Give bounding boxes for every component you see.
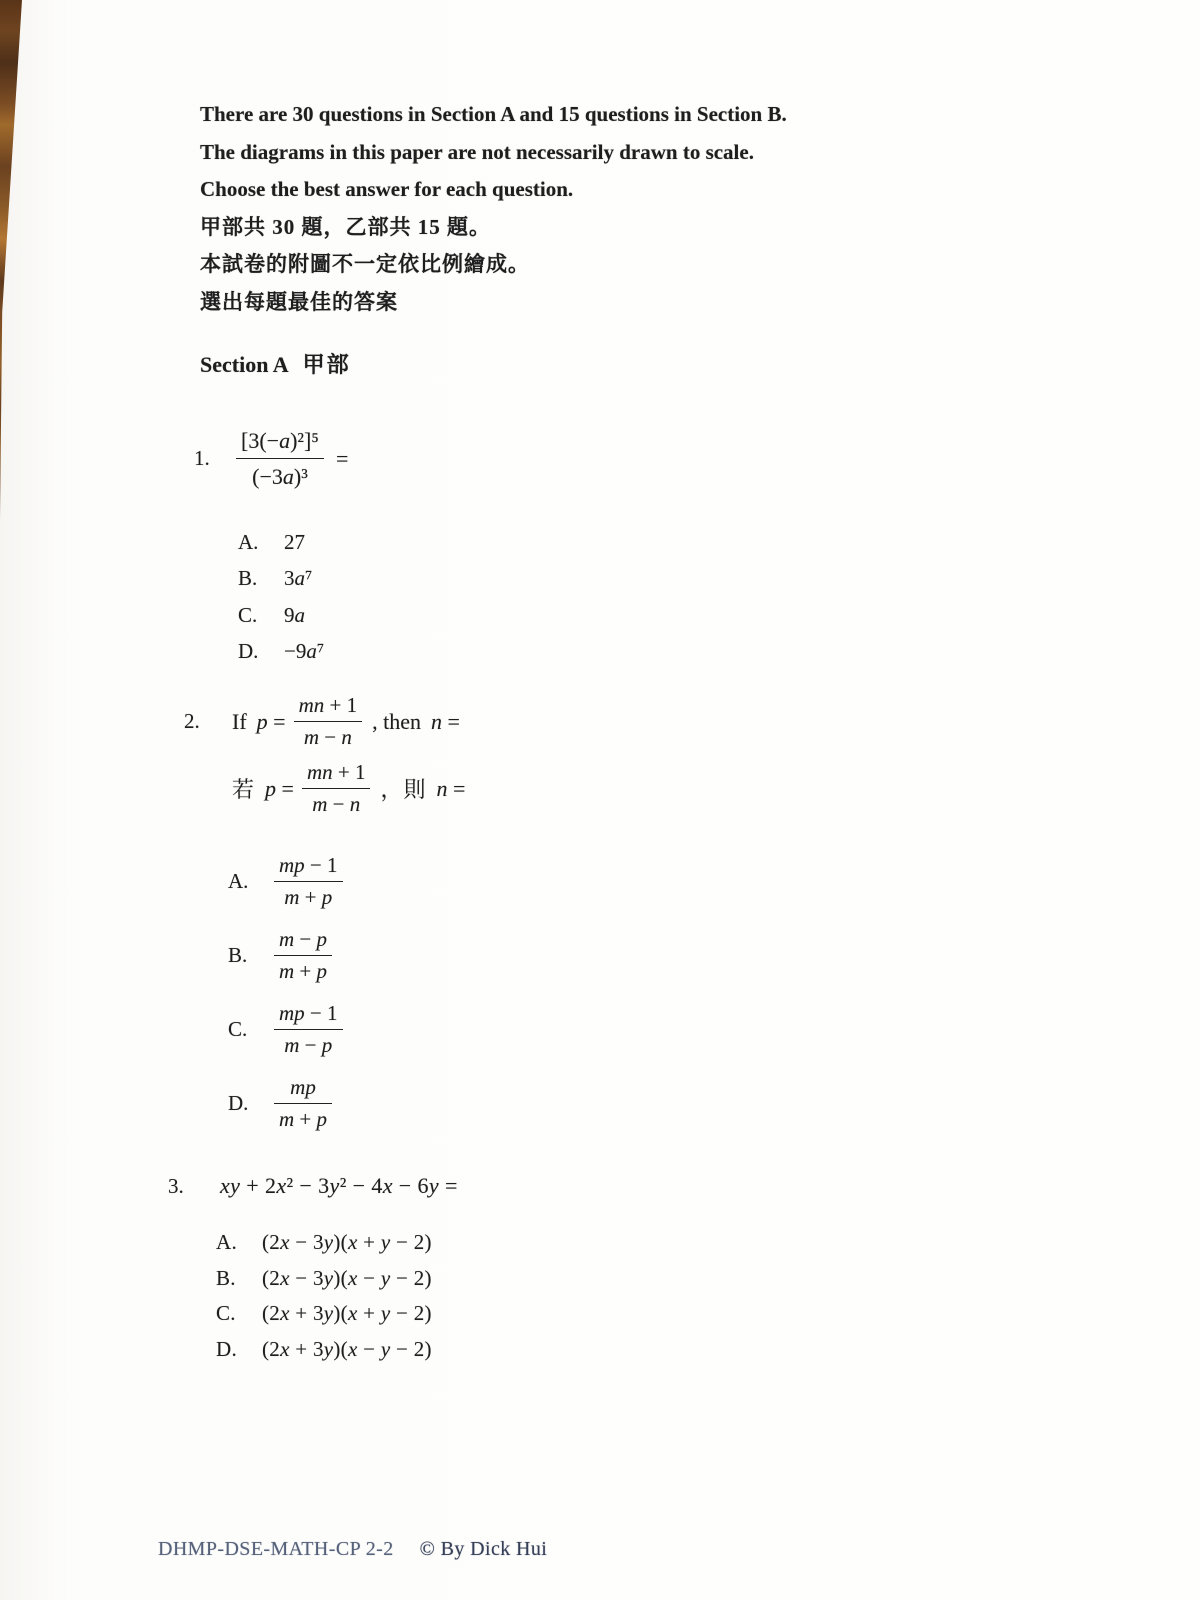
option-row: B. 3a⁷ xyxy=(238,561,1200,598)
instruction-zh-2: 本試卷的附圖不一定依比例繪成。 xyxy=(200,246,1200,284)
stem-lead-math: p = xyxy=(265,776,294,802)
fraction-denominator: m + p xyxy=(274,956,332,985)
option-value: (2x + 3y)(x − y − 2) xyxy=(262,1337,432,1362)
instruction-en-2: The diagrams in this paper are not neces… xyxy=(200,134,1200,172)
question-1-number: 1. xyxy=(194,446,236,471)
stem-lead-math: p = xyxy=(257,709,286,735)
option-value: 3a⁷ xyxy=(284,566,312,591)
fraction-denominator: m − p xyxy=(274,1030,343,1059)
paper-code: DHMP-DSE-MATH-CP 2-2 xyxy=(158,1538,394,1560)
option-label: A. xyxy=(238,530,284,555)
option-fraction: m − p m + p xyxy=(274,926,332,985)
instruction-zh-1: 甲部共 30 題，乙部共 15 題。 xyxy=(200,209,1200,247)
question-2-stem-english: 2. If p = mn + 1 m − n , then n = xyxy=(184,692,1200,751)
stem-suffix: , then xyxy=(372,709,421,735)
option-label: C. xyxy=(216,1301,262,1326)
option-label: A. xyxy=(228,869,274,894)
question-3-expression: xy + 2x² − 3y² − 4x − 6y = xyxy=(220,1173,458,1199)
option-row: C. mp − 1 m − p xyxy=(228,1000,1200,1059)
option-row: B. m − p m + p xyxy=(228,926,1200,985)
fraction-numerator: mp − 1 xyxy=(274,852,343,882)
option-value: (2x + 3y)(x + y − 2) xyxy=(262,1301,432,1326)
fraction-numerator: mp − 1 xyxy=(274,1000,343,1030)
fraction-denominator: m + p xyxy=(274,882,343,911)
page-footer: DHMP-DSE-MATH-CP 2-2© By Dick Hui xyxy=(158,1538,547,1561)
option-fraction: mp m + p xyxy=(274,1074,332,1133)
option-value: (2x − 3y)(x + y − 2) xyxy=(262,1230,432,1255)
option-row: D. −9a⁷ xyxy=(238,634,1200,671)
question-2-number: 2. xyxy=(184,709,232,734)
option-row: B. (2x − 3y)(x − y − 2) xyxy=(216,1261,1200,1297)
copyright-credit: © By Dick Hui xyxy=(420,1538,548,1560)
option-label: B. xyxy=(228,943,274,968)
option-label: D. xyxy=(238,639,284,664)
option-label: A. xyxy=(216,1230,262,1255)
fraction-numerator: mn + 1 xyxy=(294,692,363,722)
option-label: C. xyxy=(238,603,284,628)
question-2-options: A. mp − 1 m + p B. m − p m + p C. mp − 1… xyxy=(228,852,1200,1133)
question-1-options: A. 27 B. 3a⁷ C. 9a D. −9a⁷ xyxy=(238,524,1200,670)
question-3-stem: 3. xy + 2x² − 3y² − 4x − 6y = xyxy=(168,1173,1200,1199)
fraction-numerator: mp xyxy=(274,1074,332,1104)
option-row: C. (2x + 3y)(x + y − 2) xyxy=(216,1296,1200,1332)
question-1-stem: 1. [3(−a)²]⁵ (−3a)³ = xyxy=(194,425,1200,492)
instruction-zh-3: 選出每題最佳的答案 xyxy=(200,284,1200,322)
option-fraction: mp − 1 m + p xyxy=(274,852,343,911)
section-title-zh: 甲部 xyxy=(303,352,351,377)
option-value: 27 xyxy=(284,530,305,555)
option-value: (2x − 3y)(x − y − 2) xyxy=(262,1266,432,1291)
fraction-denominator: (−3a)³ xyxy=(236,459,324,492)
instruction-en-1: There are 30 questions in Section A and … xyxy=(200,96,1200,134)
stem-prefix: If xyxy=(232,709,247,735)
option-row: D. (2x + 3y)(x − y − 2) xyxy=(216,1332,1200,1368)
option-value: −9a⁷ xyxy=(284,639,324,664)
question-2-stem-chinese: 2. 若 p = mn + 1 m − n ，則 n = xyxy=(184,759,1200,818)
section-a-heading: Section A甲部 xyxy=(200,348,1200,379)
exam-page-scan: There are 30 questions in Section A and … xyxy=(0,0,1200,1600)
equals-sign: = xyxy=(336,446,348,472)
instruction-en-3: Choose the best answer for each question… xyxy=(200,171,1200,209)
question-1-fraction: [3(−a)²]⁵ (−3a)³ xyxy=(236,425,324,492)
option-row: A. 27 xyxy=(238,524,1200,561)
option-label: C. xyxy=(228,1017,274,1042)
instructions-block: There are 30 questions in Section A and … xyxy=(200,96,1200,321)
page-content: There are 30 questions in Section A and … xyxy=(0,0,1200,1367)
option-row: C. 9a xyxy=(238,597,1200,634)
option-label: B. xyxy=(238,566,284,591)
fraction-denominator: m + p xyxy=(274,1104,332,1133)
fraction-numerator: m − p xyxy=(274,926,332,956)
fraction-denominator: m − n xyxy=(294,722,363,751)
option-fraction: mp − 1 m − p xyxy=(274,1000,343,1059)
section-title-en: Section A xyxy=(200,352,289,377)
option-label: D. xyxy=(216,1337,262,1362)
stem-suffix-zh: ，則 xyxy=(380,773,426,804)
question-2-fraction-zh: mn + 1 m − n xyxy=(302,759,371,818)
option-row: A. (2x − 3y)(x + y − 2) xyxy=(216,1225,1200,1261)
stem-tail-math: n = xyxy=(431,709,460,735)
question-2-fraction: mn + 1 m − n xyxy=(294,692,363,751)
fraction-numerator: [3(−a)²]⁵ xyxy=(236,425,324,459)
stem-prefix-zh: 若 xyxy=(232,773,255,804)
option-value: 9a xyxy=(284,603,305,628)
option-row: D. mp m + p xyxy=(228,1074,1200,1133)
option-label: B. xyxy=(216,1266,262,1291)
fraction-numerator: mn + 1 xyxy=(302,759,371,789)
fraction-denominator: m − n xyxy=(302,789,371,818)
option-label: D. xyxy=(228,1091,274,1116)
question-3-options: A. (2x − 3y)(x + y − 2) B. (2x − 3y)(x −… xyxy=(216,1225,1200,1367)
option-row: A. mp − 1 m + p xyxy=(228,852,1200,911)
stem-tail-math: n = xyxy=(436,776,465,802)
question-3-number: 3. xyxy=(168,1174,220,1199)
